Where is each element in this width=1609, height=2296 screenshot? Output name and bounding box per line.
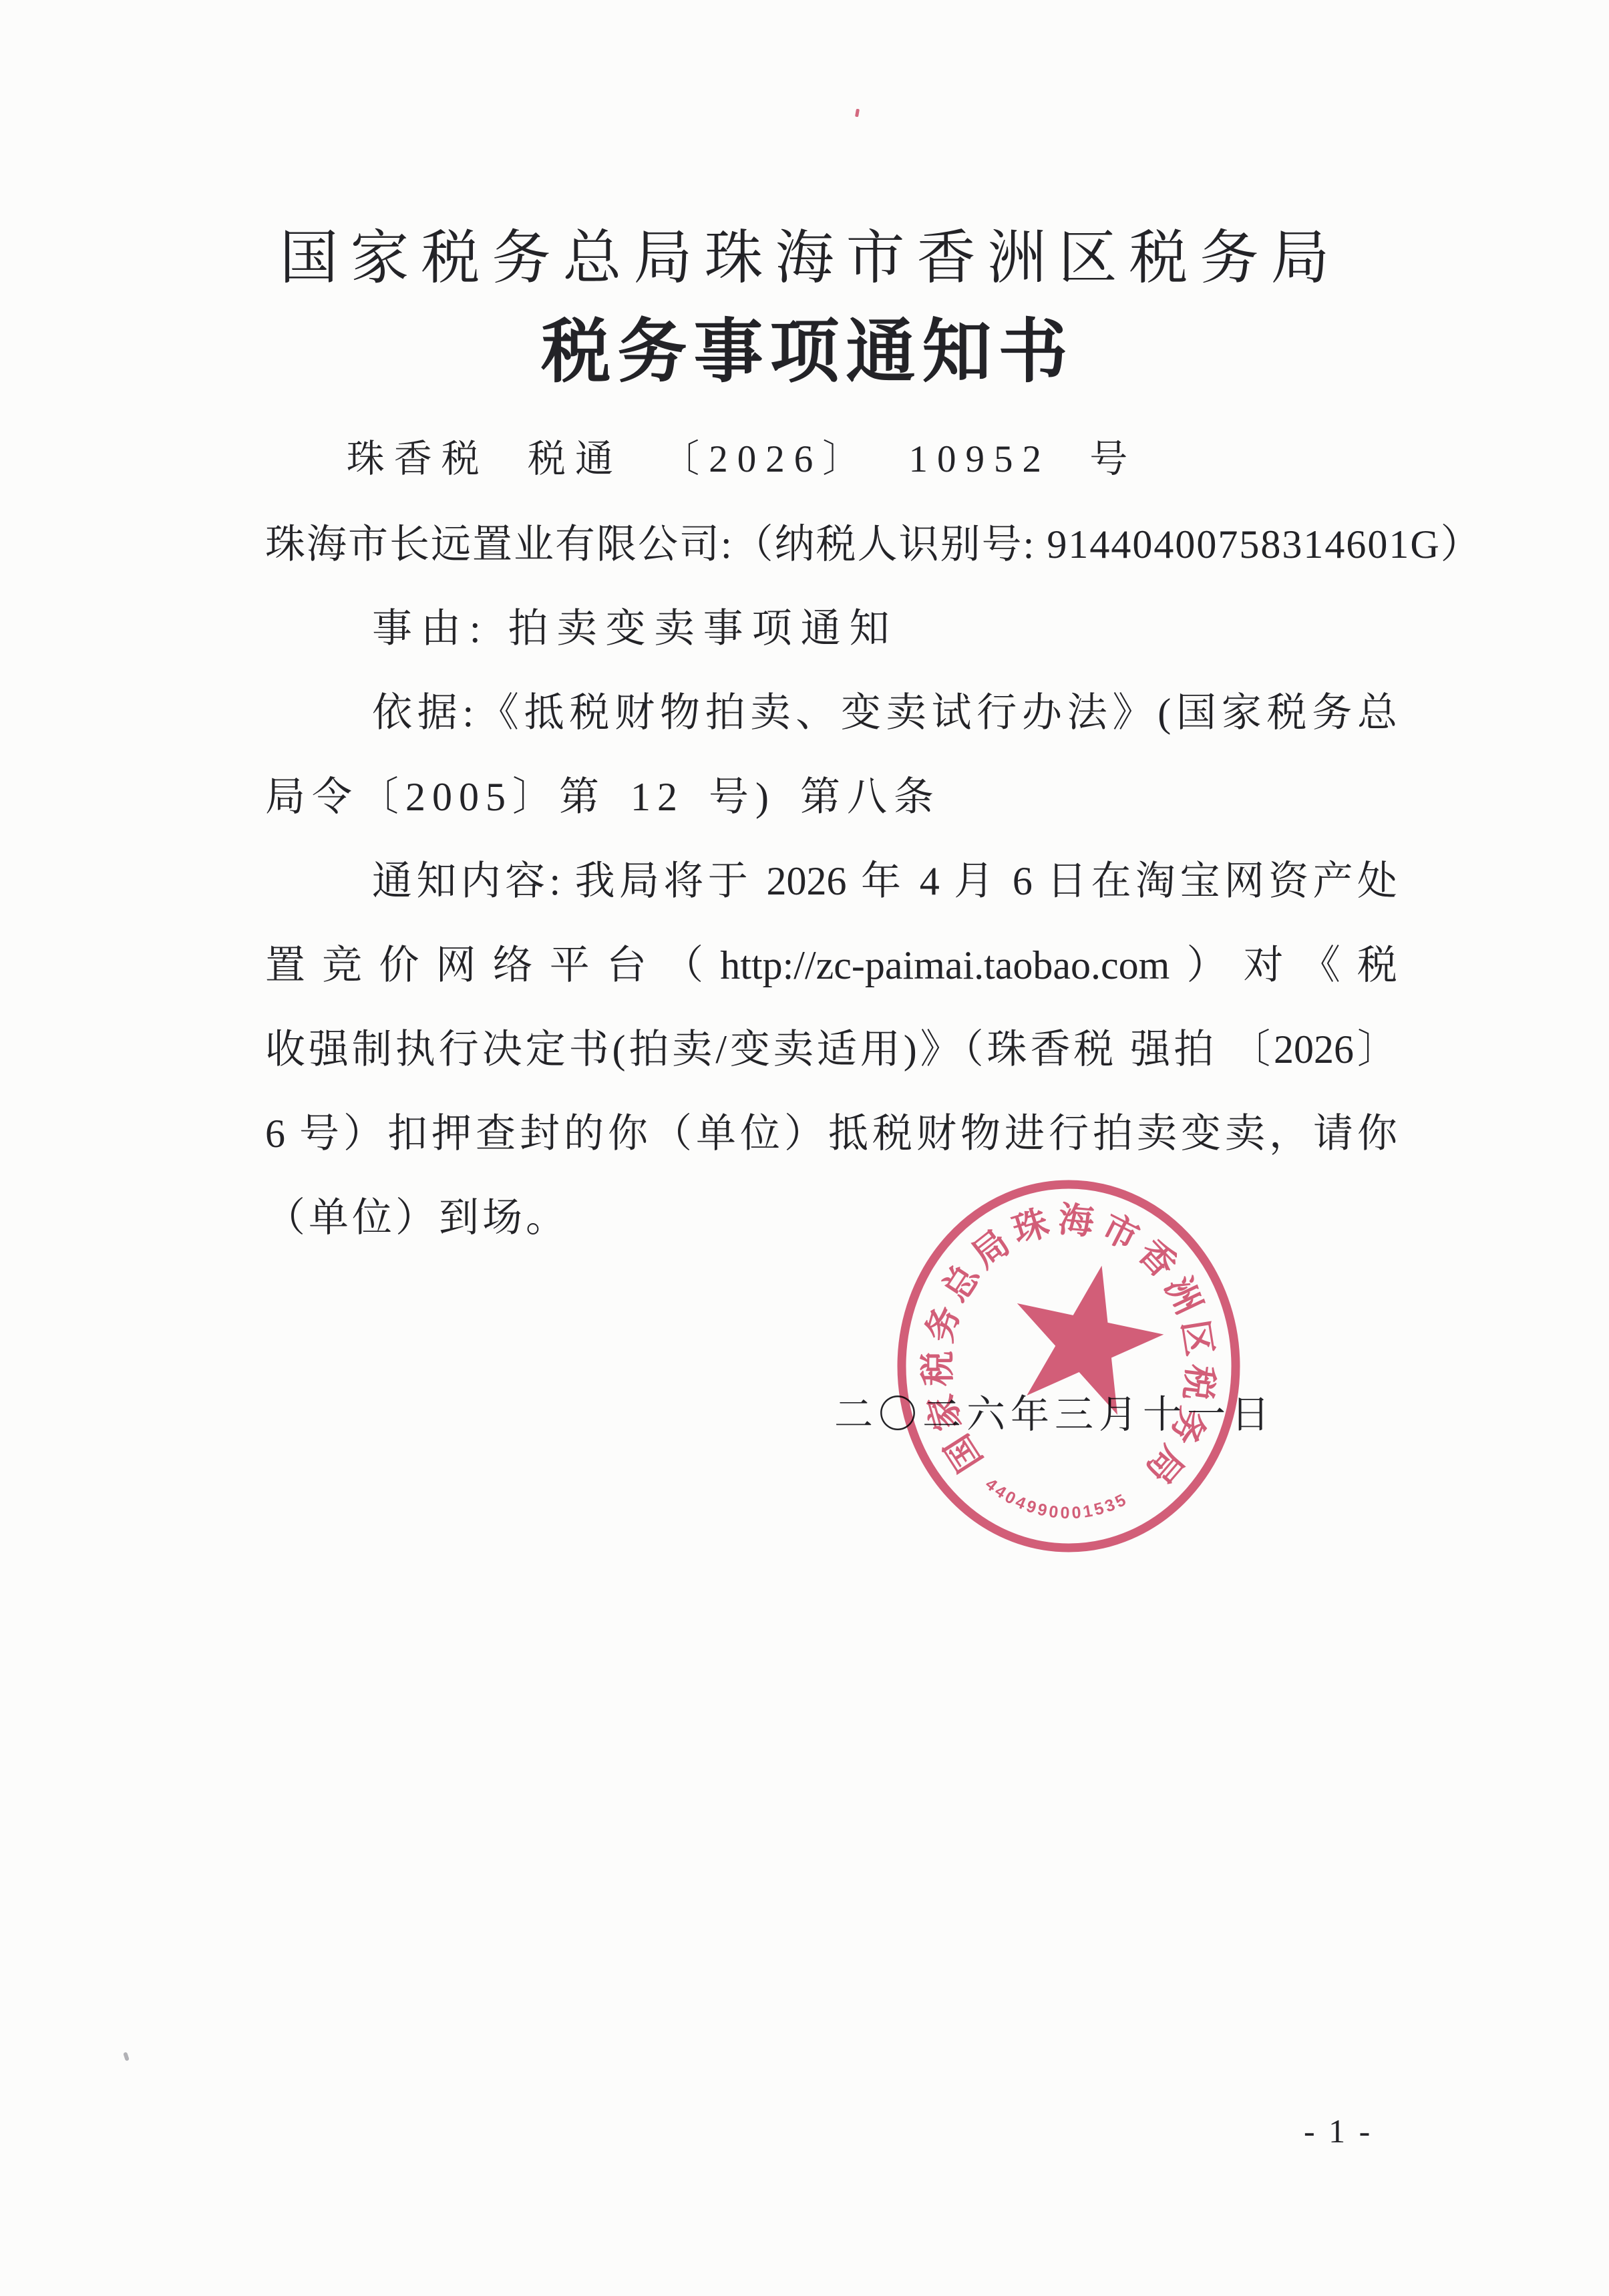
document-number-row: 珠香税 税通 〔2026〕 10952 号 bbox=[0, 434, 1609, 485]
notice-content-line: 收强制执行决定书(拍卖/变卖适用)》（珠香税 强拍 〔2026〕 bbox=[265, 1007, 1397, 1092]
addressee-line: 珠海市长远置业有限公司:（纳税人识别号: 91440400758314601G） bbox=[265, 502, 1397, 587]
scan-artifact bbox=[855, 109, 860, 118]
notice-content-line: 通知内容: 我局将于 2026 年 4 月 6 日在淘宝网资产处 bbox=[265, 839, 1397, 923]
scanned-document-page: 国家税务总局珠海市香洲区税务局 税务事项通知书 珠香税 税通 〔2026〕 10… bbox=[0, 0, 1609, 2296]
document-title: 税务事项通知书 bbox=[0, 311, 1609, 394]
document-number: 珠香税 税通 〔2026〕 10952 号 bbox=[347, 434, 1137, 485]
notice-content-line: 置竞价网络平台（http://zc-paimai.taobao.com）对《税 bbox=[265, 923, 1397, 1007]
subject-line: 事由: 拍卖变卖事项通知 bbox=[265, 587, 1397, 671]
basis-line: 依据:《抵税财物拍卖、变卖试行办法》(国家税务总 bbox=[265, 671, 1397, 755]
scan-artifact bbox=[123, 2052, 130, 2061]
svg-text:4404990001535: 4404990001535 bbox=[982, 1475, 1131, 1523]
issuing-agency-title: 国家税务总局珠海市香洲区税务局 bbox=[0, 226, 1609, 293]
page-number: - 1 - bbox=[1304, 2110, 1373, 2152]
stamp-code: 4404990001535 bbox=[982, 1475, 1131, 1523]
official-seal-stamp: 国家税务总局珠海市香洲区税务局 4404990001535 bbox=[835, 1132, 1302, 1600]
basis-continued-line: 局令〔2005〕第 12 号) 第八条 bbox=[265, 755, 1397, 839]
